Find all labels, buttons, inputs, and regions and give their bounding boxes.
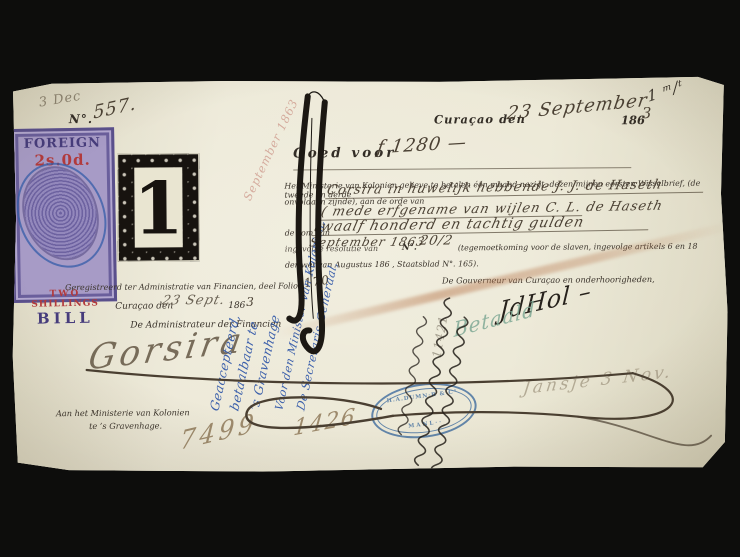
vertical-scribble-number: 11421 (430, 314, 451, 359)
address-line1: Aan het Ministerie van Kolonien (56, 407, 190, 418)
bill-of-exchange-document: 3 Dec N°. 557. September 1863 1 ᵐ/ᵗ FORE… (9, 75, 730, 474)
oval-stamp-bottom-text: MANL·· (375, 415, 477, 434)
body-line5-no-value: 20/2 (418, 233, 454, 248)
acceptance-block: Geaccepteerd, betaalbaar te ’s Gravenhag… (219, 174, 351, 413)
pencil-date-note: 3 Dec (38, 89, 83, 111)
body-line5-no-label: N°. (402, 243, 417, 253)
ink-stroke (308, 92, 324, 101)
address-line2: te ’s Gravenhage. (89, 420, 162, 431)
admin-date-written: 23 Sept. (160, 293, 227, 308)
amount-written: f 1280 — (376, 132, 469, 159)
betaald-note: Betaald (454, 296, 536, 342)
photo-backdrop: 3 Dec N°. 557. September 1863 1 ᵐ/ᵗ FORE… (0, 0, 740, 557)
number-value: 557. (93, 93, 136, 124)
merchant-oval-stamp: H.A.DUMN·R & C° MANL·· (368, 377, 480, 444)
oval-stamp-top-text: H.A.DUMN·R & C° (371, 387, 473, 406)
value-numeral: 1 (134, 167, 183, 247)
stamp-bill-text: BILL (16, 308, 114, 328)
stamp-foreign-text: FOREIGN (13, 135, 111, 152)
pencil-signature-note: Jansje 3 Nov. (522, 362, 674, 399)
dateline-year-written: 3 (642, 104, 653, 122)
number-label: N°. (69, 112, 93, 126)
value-numeral-block: 1 (117, 153, 200, 262)
corner-mark-note: 1 ᵐ/ᵗ (646, 76, 684, 106)
written-number-left: 7499 (179, 407, 259, 456)
revenue-stamp: FOREIGN 2s.0d. TWO SHILLINGS BILL (10, 127, 117, 303)
amount-underline (293, 167, 631, 170)
signature-flourish (577, 416, 711, 446)
